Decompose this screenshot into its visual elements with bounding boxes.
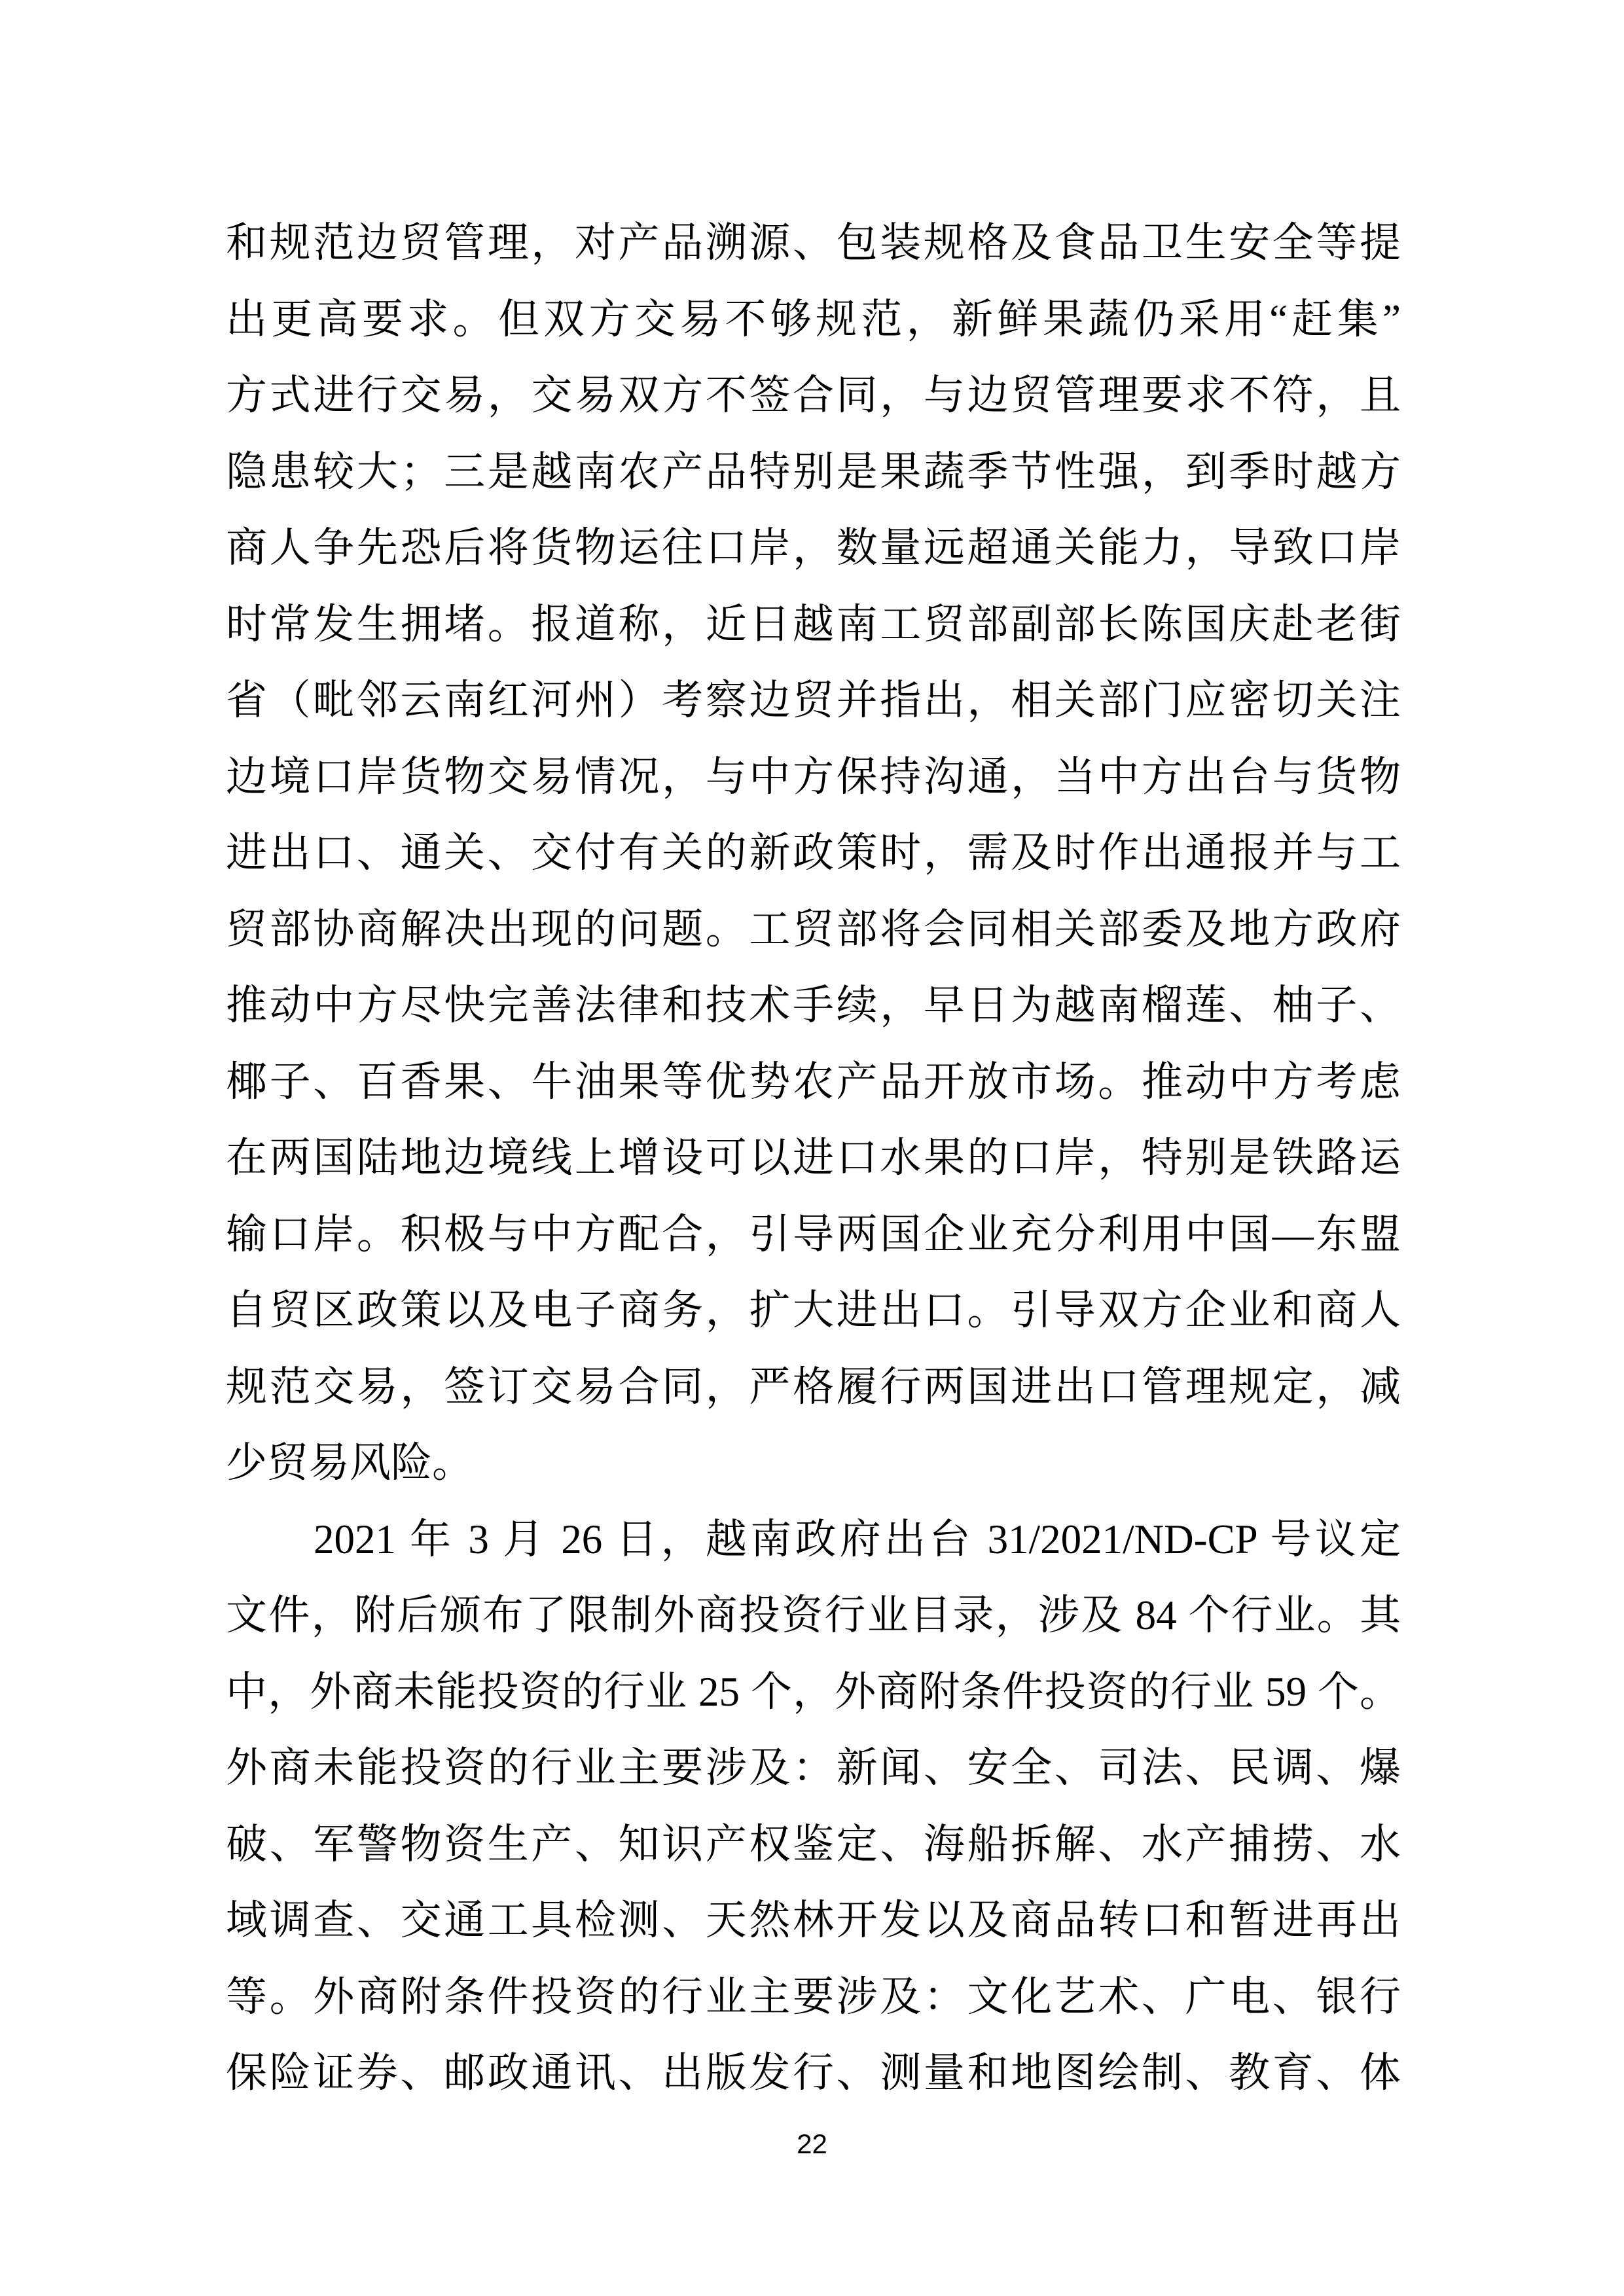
text-line: 等。外商附条件投资的行业主要涉及：文化艺术、广电、银行	[226, 1959, 1401, 2036]
text-line: 边境口岸货物交易情况，与中方保持沟通，当中方出台与货物	[226, 739, 1401, 816]
text-line: 域调查、交通工具检测、天然林开发以及商品转口和暂进再出	[226, 1882, 1401, 1959]
document-page: 和规范边贸管理，对产品溯源、包装规格及食品卫生安全等提出更高要求。但双方交易不够…	[0, 0, 1624, 2296]
text-line: 进出口、通关、交付有关的新政策时，需及时作出通报并与工	[226, 815, 1401, 891]
text-line: 输口岸。积极与中方配合，引导两国企业充分利用中国—东盟	[226, 1196, 1401, 1273]
text-line: 2021 年 3 月 26 日，越南政府出台 31/2021/ND-CP 号议定	[226, 1501, 1401, 1578]
text-line: 出更高要求。但双方交易不够规范，新鲜果蔬仍采用“赶集”	[226, 281, 1401, 358]
text-line: 文件，附后颁布了限制外商投资行业目录，涉及 84 个行业。其	[226, 1577, 1401, 1654]
page-number: 22	[0, 2128, 1624, 2160]
text-line: 贸部协商解决出现的问题。工贸部将会同相关部委及地方政府	[226, 891, 1401, 968]
text-line: 少贸易风险。	[226, 1425, 1401, 1501]
text-line: 时常发生拥堵。报道称，近日越南工贸部副部长陈国庆赴老街	[226, 586, 1401, 663]
text-line: 隐患较大；三是越南农产品特别是果蔬季节性强，到季时越方	[226, 434, 1401, 511]
page-body-text: 和规范边贸管理，对产品溯源、包装规格及食品卫生安全等提出更高要求。但双方交易不够…	[226, 205, 1401, 2111]
text-line: 外商未能投资的行业主要涉及：新闻、安全、司法、民调、爆	[226, 1730, 1401, 1806]
text-line: 规范交易，签订交易合同，严格履行两国进出口管理规定，减	[226, 1349, 1401, 1426]
paragraph: 2021 年 3 月 26 日，越南政府出台 31/2021/ND-CP 号议定…	[226, 1501, 1401, 2111]
text-line: 自贸区政策以及电子商务，扩大进出口。引导双方企业和商人	[226, 1272, 1401, 1349]
text-line: 商人争先恐后将货物运往口岸，数量远超通关能力，导致口岸	[226, 510, 1401, 586]
text-line: 和规范边贸管理，对产品溯源、包装规格及食品卫生安全等提	[226, 205, 1401, 281]
paragraph: 和规范边贸管理，对产品溯源、包装规格及食品卫生安全等提出更高要求。但双方交易不够…	[226, 205, 1401, 1501]
text-line: 在两国陆地边境线上增设可以进口水果的口岸，特别是铁路运	[226, 1120, 1401, 1196]
text-line: 椰子、百香果、牛油果等优势农产品开放市场。推动中方考虑	[226, 1044, 1401, 1121]
text-line: 中，外商未能投资的行业 25 个，外商附条件投资的行业 59 个。	[226, 1654, 1401, 1731]
text-line: 方式进行交易，交易双方不签合同，与边贸管理要求不符，且	[226, 357, 1401, 434]
text-line: 推动中方尽快完善法律和技术手续，早日为越南榴莲、柚子、	[226, 967, 1401, 1044]
text-line: 保险证券、邮政通讯、出版发行、测量和地图绘制、教育、体	[226, 2035, 1401, 2111]
text-line: 破、军警物资生产、知识产权鉴定、海船拆解、水产捕捞、水	[226, 1806, 1401, 1883]
text-line: 省（毗邻云南红河州）考察边贸并指出，相关部门应密切关注	[226, 662, 1401, 739]
